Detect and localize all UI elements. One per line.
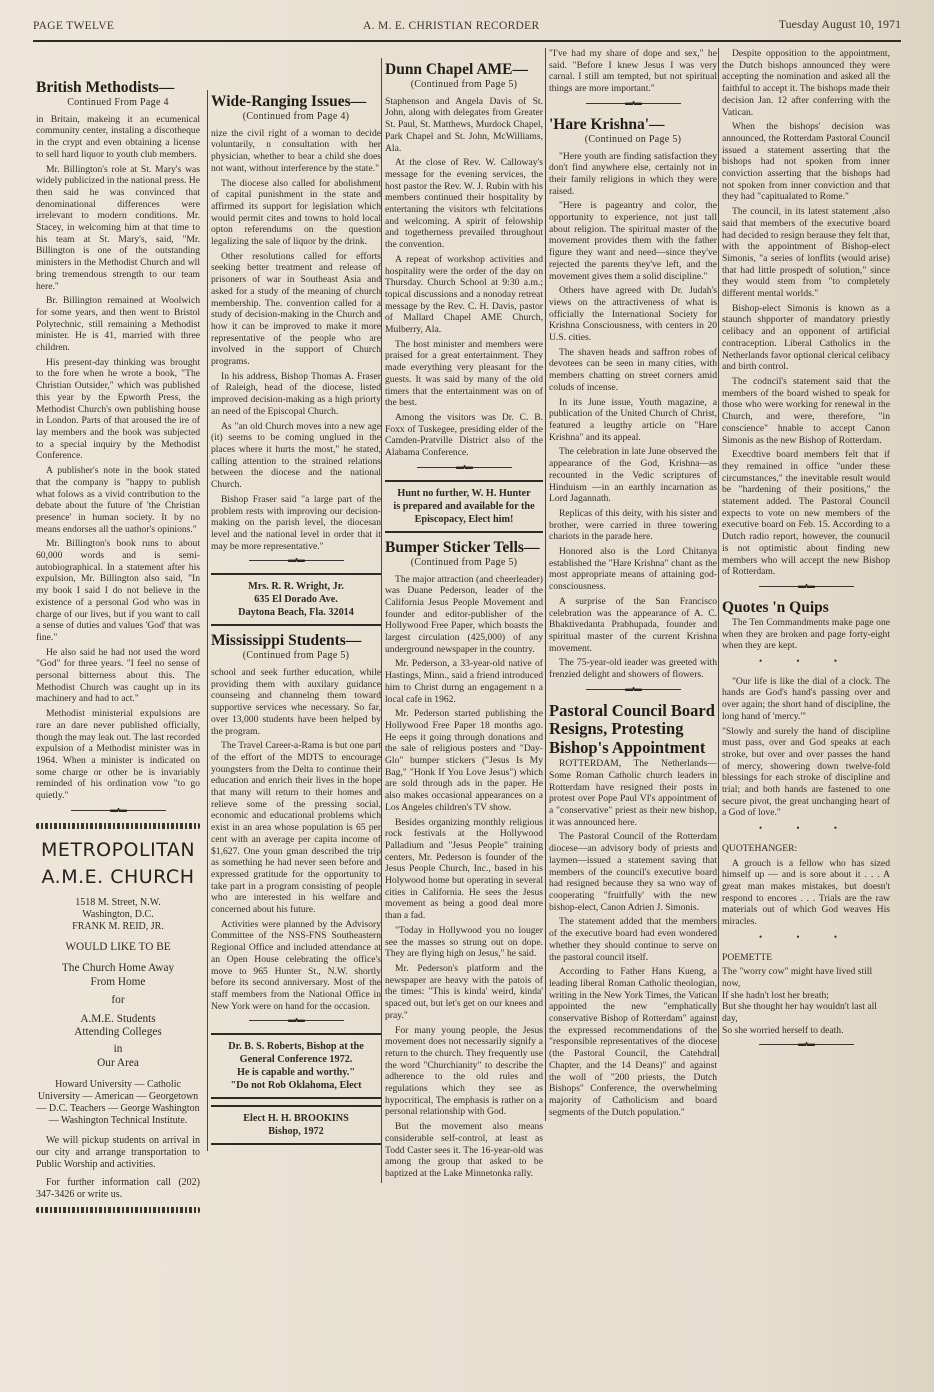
- article-pastoral-council: Pastoral Council Board Resigns, Protesti…: [549, 702, 717, 1119]
- paragraph: A repeat of workshop activities and hosp…: [385, 254, 543, 336]
- paragraph: The 75-year-old ieader was greeted with …: [549, 657, 717, 680]
- continued-note: (Continued from Page 5): [385, 557, 543, 569]
- paragraph: Replicas of this deity, with his sister …: [549, 508, 717, 543]
- ad-title-line2: A.M.E. CHURCH: [36, 864, 200, 891]
- article-quotes-n-quips: Quotes 'n Quips The Ten Commandments mak…: [722, 599, 890, 1050]
- advertisement-metropolitan-ame: METROPOLITAN A.M.E. CHURCH 1518 M. Stree…: [36, 823, 200, 1213]
- article-dunn-chapel: Dunn Chapel AME— (Continued from Page 5)…: [385, 61, 543, 472]
- paragraph: Honored also is the Lord Chitanya establ…: [549, 546, 717, 593]
- box-line: Mrs. R. R. Wright, Jr.: [213, 580, 379, 593]
- paragraph: Other resolutions called for efforts see…: [211, 251, 381, 368]
- headline: Bumper Sticker Tells—: [385, 539, 543, 556]
- box-line: General Conference 1972.: [213, 1053, 379, 1066]
- paragraph: In his address, Bishop Thomas A. Fraser …: [211, 371, 381, 418]
- end-dash-ornament: [71, 805, 166, 815]
- poem: The "worry cow" might have lived still n…: [722, 966, 890, 1036]
- column-2: Wide-Ranging Issues— (Continued from Pag…: [207, 90, 381, 1151]
- paragraph: His present-day thinking was brought to …: [36, 357, 200, 462]
- column-4: "I've had my share of dope and sex," he …: [545, 48, 717, 1121]
- box-line: Dr. B. S. Roberts, Bishop at the: [213, 1040, 379, 1053]
- paragraph: In its June issue, Youth magazine, a pub…: [549, 397, 717, 444]
- end-dash-ornament: [586, 684, 681, 694]
- paragraph: For many young people, the Jesus movemen…: [385, 1025, 543, 1119]
- box-line: Daytona Beach, Fla. 32014: [213, 606, 379, 619]
- article-wide-ranging-issues: Wide-Ranging Issues— (Continued from Pag…: [211, 93, 381, 565]
- headline: Dunn Chapel AME—: [385, 61, 543, 78]
- end-dash-ornament: [417, 462, 512, 472]
- continued-note: (Continued from Page 5): [385, 79, 543, 91]
- ad-for: for: [36, 994, 200, 1008]
- ad-would-like: WOULD LIKE TO BE: [36, 941, 200, 955]
- paragraph: At the close of Rev. W. Calloway's messa…: [385, 157, 543, 251]
- headline: Quotes 'n Quips: [722, 599, 890, 616]
- continued-note: (Continued on Page 5): [549, 134, 717, 146]
- ad-address2: Washington, D.C.: [36, 909, 200, 921]
- paragraph: in Britain, makeing it an ecumenical com…: [36, 114, 200, 161]
- poem-line: So she worried herself to death.: [722, 1025, 890, 1037]
- paragraph: Staphenson and Angela Davis of St. John,…: [385, 96, 543, 155]
- paragraph: The host minister and members were prais…: [385, 339, 543, 409]
- headline: British Methodists—: [36, 79, 200, 96]
- ornamental-border-bottom: [36, 1207, 200, 1213]
- paragraph: "Slowly and surely the hand of disciplin…: [722, 726, 890, 820]
- paragraph: When the bishops' decision was announced…: [722, 121, 890, 203]
- paragraph: The Travel Career-a-Rama is but one part…: [211, 740, 381, 916]
- notice-box-wright: Mrs. R. R. Wright, Jr. 635 El Dorado Ave…: [211, 573, 381, 626]
- ad-students2: Attending Colleges: [36, 1026, 200, 1040]
- paragraph: Methodist ministerial expulsions are rar…: [36, 708, 200, 802]
- paragraph: The Ten Commandments make page one when …: [722, 617, 890, 652]
- poem-line: The "worry cow" might have lived still n…: [722, 966, 890, 989]
- stars-separator: • • •: [722, 823, 890, 835]
- paragraph: Bishop-elect Simonis is known as a staun…: [722, 303, 890, 373]
- article-mississippi-students: Mississippi Students— (Continued from Pa…: [211, 632, 381, 1025]
- paragraph: According to Father Hans Kueng, a leadin…: [549, 966, 717, 1118]
- paragraph: As "an old Church moves into a new age (…: [211, 421, 381, 491]
- paragraph: Mr. Pederson's platform and the newspape…: [385, 963, 543, 1022]
- paragraph-continued: "I've had my share of dope and sex," he …: [549, 48, 717, 95]
- notice-box-brookins: Elect H. H. BROOKINS Bishop, 1972: [211, 1105, 381, 1145]
- publication-title: A. M. E. CHRISTIAN RECORDER: [363, 20, 539, 32]
- ad-info: For further information call (202) 347-3…: [36, 1177, 200, 1201]
- paragraph: "Here is pageantry and color, the opport…: [549, 200, 717, 282]
- headline: Wide-Ranging Issues—: [211, 93, 381, 110]
- quotehanger-label: QUOTEHANGER:: [722, 843, 890, 855]
- paragraph: Others have agreed with Dr. Judah's view…: [549, 285, 717, 344]
- box-line: 635 El Dorado Ave.: [213, 593, 379, 606]
- paragraph: Bishop Fraser said "a large part of the …: [211, 494, 381, 553]
- paragraph: Mr. Billington's role at St. Mary's was …: [36, 164, 200, 293]
- paragraph: school and seek further education, while…: [211, 667, 381, 737]
- paragraph: Mr. Pederson started publishing the Holl…: [385, 708, 543, 813]
- headline: 'Hare Krishna'—: [549, 116, 717, 133]
- box-line: "Do not Rob Oklahoma, Elect: [213, 1079, 379, 1092]
- paragraph: The diocese also called for abolishment …: [211, 178, 381, 248]
- stars-separator: • • •: [722, 932, 890, 944]
- paragraph: The celebration in late June observed th…: [549, 446, 717, 505]
- stars-separator: • • •: [722, 656, 890, 668]
- column-3: Dunn Chapel AME— (Continued from Page 5)…: [381, 58, 543, 1183]
- ad-colleges: Howard University — Catholic University …: [36, 1079, 200, 1127]
- paragraph: A publisher's note in the book stated th…: [36, 465, 200, 535]
- article-british-methodists: British Methodists— Continued From Page …: [36, 79, 200, 815]
- headline: Mississippi Students—: [211, 632, 381, 649]
- box-line: is prepared and available for the: [387, 500, 541, 513]
- paragraph: The codncil's statement said that the me…: [722, 376, 890, 446]
- paragraph: But the movement also means considerable…: [385, 1121, 543, 1180]
- paragraph: The major attraction (and cheerleader) w…: [385, 574, 543, 656]
- paragraph: "Today in Hollywood you no louger see th…: [385, 925, 543, 960]
- ad-title-line1: METROPOLITAN: [36, 837, 200, 864]
- box-line: Hunt no further, W. H. Hunter: [387, 487, 541, 500]
- ornamental-border-top: [36, 823, 200, 829]
- ad-home-line1: The Church Home Away: [36, 962, 200, 976]
- paragraph: Execdtive board members felt that if the…: [722, 449, 890, 578]
- poemette-label: POEMETTE: [722, 952, 890, 964]
- end-dash-ornament: [586, 98, 681, 108]
- poem-line: If she hadn't lost her breath;: [722, 990, 890, 1002]
- paragraph: The shaven heads and saffron robes of de…: [549, 347, 717, 394]
- end-dash-ornament: [759, 1039, 854, 1049]
- article-bumper-sticker-tells: Bumper Sticker Tells— (Continued from Pa…: [385, 539, 543, 1180]
- paragraph-continued: Despite opposition to the appointment, t…: [722, 48, 890, 118]
- end-dash-ornament: [249, 555, 344, 565]
- ad-in: in: [36, 1043, 200, 1057]
- paragraph: A grouch is a fellow who has sized himse…: [722, 858, 890, 928]
- ad-area: Our Area: [36, 1057, 200, 1071]
- box-line: Episcopacy, Elect him!: [387, 513, 541, 526]
- issue-date: Tuesday August 10, 1971: [779, 17, 901, 32]
- notice-box-roberts: Dr. B. S. Roberts, Bishop at the General…: [211, 1033, 381, 1099]
- ad-home-line2: From Home: [36, 976, 200, 990]
- continued-note: (Continued from Page 5): [211, 650, 381, 662]
- end-dash-ornament: [759, 581, 854, 591]
- continued-note: Continued From Page 4: [36, 97, 200, 109]
- column-1: British Methodists— Continued From Page …: [36, 76, 200, 1219]
- notice-box-hunter: Hunt no further, W. H. Hunter is prepare…: [385, 480, 543, 533]
- box-line: He is capable and worthy.": [213, 1066, 379, 1079]
- paragraph: Among the visitors was Dr. C. B. Foxx of…: [385, 412, 543, 459]
- ad-pickup: We will pickup students on arrival in ou…: [36, 1135, 200, 1171]
- continued-note: (Continued from Page 4): [211, 111, 381, 123]
- paragraph: The council, in its latest statement ,al…: [722, 206, 890, 300]
- paragraph: Besides organizing monthly religious roc…: [385, 817, 543, 922]
- ad-students1: A.M.E. Students: [36, 1013, 200, 1027]
- paragraph: ROTTERDAM, The Netherlands—Some Roman Ca…: [549, 758, 717, 828]
- column-5: Despite opposition to the appointment, t…: [718, 48, 890, 1057]
- paragraph: A surprise of the San Francisco celebrat…: [549, 596, 717, 655]
- ad-address1: 1518 M. Street, N.W.: [36, 897, 200, 909]
- box-line: Elect H. H. BROOKINS: [213, 1112, 379, 1125]
- page-label: PAGE TWELVE: [33, 20, 114, 32]
- article-hare-krishna: 'Hare Krishna'— (Continued on Page 5) "H…: [549, 116, 717, 694]
- paragraph: The statement added that the members of …: [549, 916, 717, 963]
- end-dash-ornament: [249, 1015, 344, 1025]
- paragraph: "Our life is like the dial of a clock. T…: [722, 676, 890, 723]
- masthead: PAGE TWELVE A. M. E. CHRISTIAN RECORDER …: [33, 20, 901, 42]
- paragraph: He also said he had not used the word "G…: [36, 647, 200, 706]
- paragraph: "Here youth are finding satisfaction the…: [549, 151, 717, 198]
- paragraph: The Pastoral Council of the Rotterdam di…: [549, 831, 717, 913]
- paragraph: Mr. Billington's book runs to about 60,0…: [36, 538, 200, 643]
- paragraph: Br. Billington remained at Woolwich for …: [36, 295, 200, 354]
- paragraph: nize the civil right of a woman to decid…: [211, 128, 381, 175]
- headline: Pastoral Council Board Resigns, Protesti…: [549, 702, 717, 758]
- ad-pastor: FRANK M. REID, JR.: [36, 921, 200, 933]
- paragraph: Mr. Pederson, a 33-year-old native of Ha…: [385, 658, 543, 705]
- box-line: Bishop, 1972: [213, 1125, 379, 1138]
- paragraph: Activities were planned by the Advisory …: [211, 919, 381, 1013]
- poem-line: But she thought her hay wouldn't last al…: [722, 1001, 890, 1024]
